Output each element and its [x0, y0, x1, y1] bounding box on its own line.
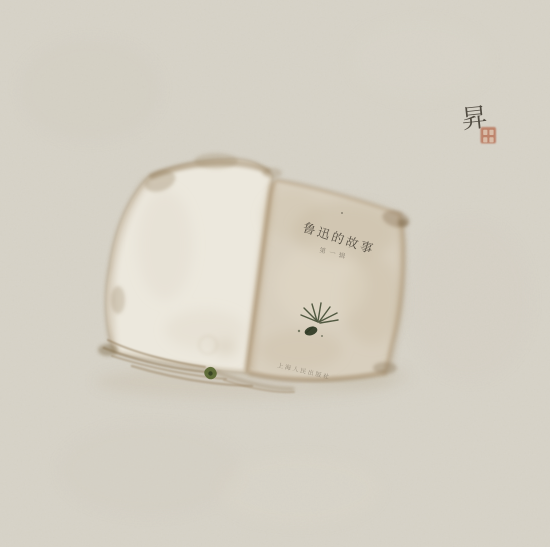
cover-mottling: [258, 191, 402, 370]
ink-speck: [341, 212, 343, 214]
painting-svg: 鲁迅的故事 第一辑 上海人民出版社: [0, 0, 550, 547]
artist-seal-stamp: [481, 127, 497, 144]
artwork-canvas: 鲁迅的故事 第一辑 上海人民出版社: [0, 0, 550, 547]
